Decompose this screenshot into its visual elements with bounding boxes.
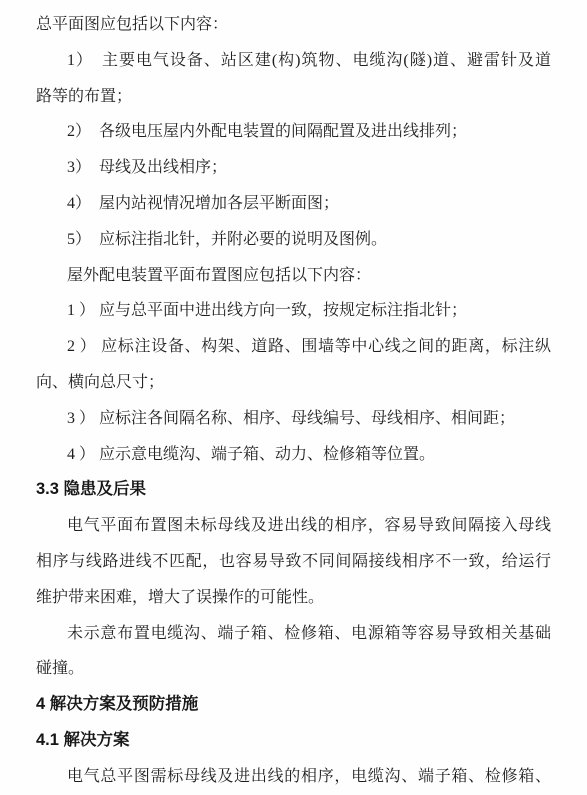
list-item-line: 4） 屋内站视情况增加各层平断面图； [36, 186, 551, 222]
list-item-line: 5） 应标注指北针，并附必要的说明及图例。 [36, 222, 551, 258]
list-item-line: 3） 母线及出线相序； [36, 150, 551, 186]
section-heading-4-1: 4.1 解决方案 [36, 723, 551, 759]
list-item-line: 2 ） 应标注设备、构架、道路、围墙等中心线之间的距离，标注纵 [36, 329, 551, 365]
document-text-block: 总平面图应包括以下内容： 1） 主要电气设备、站区建(构)筑物、电缆沟(隧)道、… [36, 7, 551, 795]
section-heading-4: 4 解决方案及预防措施 [36, 687, 551, 723]
list-item-line: 3 ） 应标注各间隔名称、相序、母线编号、母线相序、相间距； [36, 401, 551, 437]
section-heading-3-3: 3.3 隐患及后果 [36, 472, 551, 508]
paragraph-continuation-line: 路等的布置； [36, 79, 551, 115]
document-page: 总平面图应包括以下内容： 1） 主要电气设备、站区建(构)筑物、电缆沟(隧)道、… [0, 0, 587, 795]
list-item-line: 2） 各级电压屋内外配电装置的间隔配置及进出线排列； [36, 114, 551, 150]
paragraph-continuation-line: 相序与线路进线不匹配，也容易导致不同间隔接线相序不一致，给运行 [36, 544, 551, 580]
paragraph-continuation-line: 总平面图应包括以下内容： [36, 7, 551, 43]
paragraph-first-line: 电气总平图需标母线及进出线的相序，电缆沟、端子箱、检修箱、 [36, 759, 551, 795]
list-item-line: 4 ） 应示意电缆沟、端子箱、动力、检修箱等位置。 [36, 437, 551, 473]
paragraph-first-line: 未示意布置电缆沟、端子箱、检修箱、电源箱等容易导致相关基础 [36, 616, 551, 652]
paragraph-continuation-line: 碰撞。 [36, 651, 551, 687]
list-item-line: 1） 主要电气设备、站区建(构)筑物、电缆沟(隧)道、避雷针及道 [36, 43, 551, 79]
paragraph-first-line: 电气平面布置图未标母线及进出线的相序，容易导致间隔接入母线 [36, 508, 551, 544]
paragraph-first-line: 屋外配电装置平面布置图应包括以下内容： [36, 258, 551, 294]
paragraph-continuation-line: 维护带来困难，增大了误操作的可能性。 [36, 580, 551, 616]
paragraph-continuation-line: 向、横向总尺寸； [36, 365, 551, 401]
list-item-line: 1 ） 应与总平面中进出线方向一致，按规定标注指北针； [36, 293, 551, 329]
